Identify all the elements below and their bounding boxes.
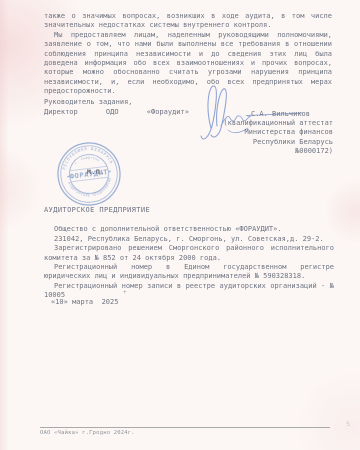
auditor-company-name: Общество с дополнительной ответственност… [44,225,334,234]
signatory-role-line1: Руководитель задания, [44,98,189,108]
signer-name: С.А. Вильчиков [163,110,310,119]
auditor-section-heading: АУДИТОРСКОЕ ПРЕДПРИЯТИЕ [44,206,334,215]
print-house-credit: ОАО «Чайка» г.Гродно 2024г. [40,430,135,436]
auditor-registration-decision: Зарегистрировано решением Сморгонского р… [44,244,334,263]
document-date: «10» марта 2025 [51,298,118,306]
auditor-address: 231042, Республика Беларусь, г. Сморгонь… [44,235,334,244]
report-body-text: также о значимых вопросах, возникших в х… [44,12,332,97]
scanned-audit-document-page: также о значимых вопросах, возникших в х… [0,0,360,450]
signer-block: С.А. Вильчиков (квалификационный аттеста… [163,110,333,156]
signer-credentials: (квалификационный аттестат Министерства … [163,119,333,156]
auditor-enterprise-section: АУДИТОРСКОЕ ПРЕДПРИЯТИЕ Общество с допол… [44,206,334,301]
stamp-inner-arc-text: г. Сморгонь [73,154,101,166]
page-number: 5 [346,420,350,428]
footer-divider [40,427,330,428]
paragraph-independence-statement: Мы предоставляем лицам, наделенным руков… [44,31,332,97]
mp-seal-placeholder-label: М.П. [87,168,105,176]
paragraph-continuation: также о значимых вопросах, возникших в х… [44,12,332,31]
auditor-registry-number: Регистрационный номер в Едином государст… [44,263,334,282]
scan-artifact-mark: + [123,289,127,296]
